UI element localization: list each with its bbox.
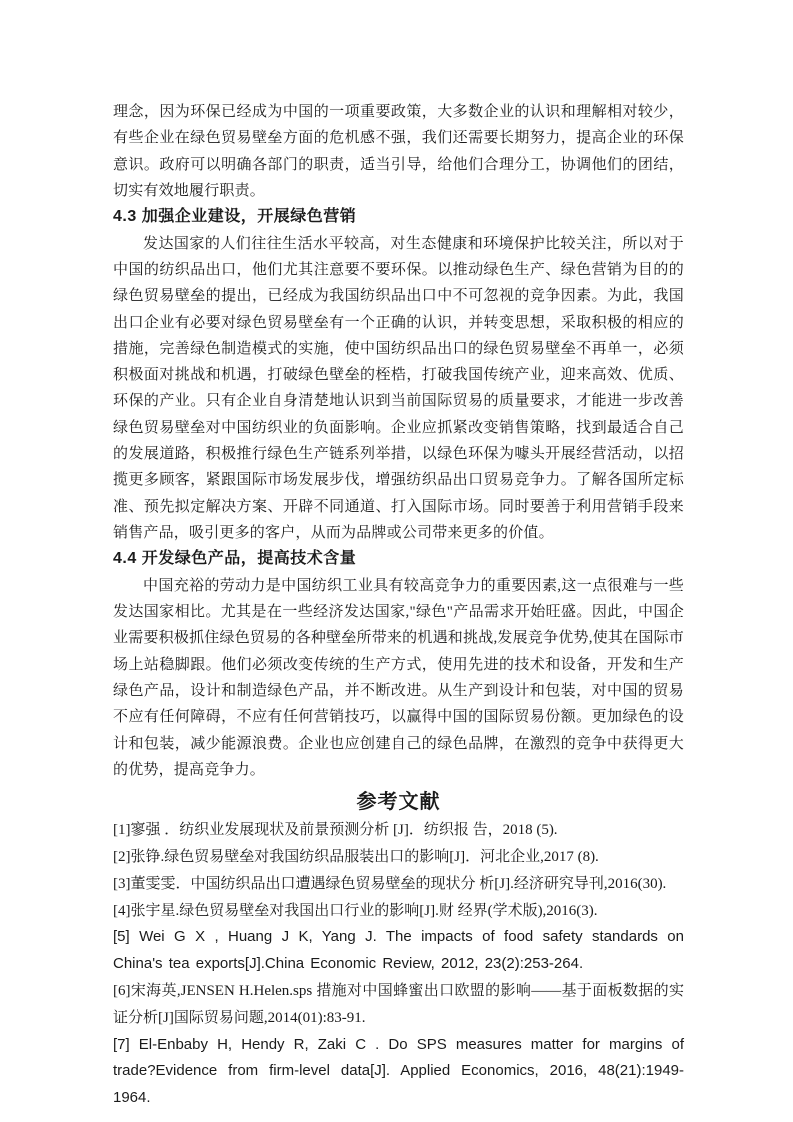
- reference-item: [3]董雯雯．中国纺织品出口遭遇绿色贸易壁垒的现状分 析[J].经济研究导刊,2…: [113, 871, 684, 898]
- references-list: [1]寥强 ．纺织业发展现状及前景预测分析 [J]．纺织报 告，2018 (5)…: [113, 817, 684, 1112]
- section-heading-4-4: 4.4 开发绿色产品，提高技术含量: [113, 546, 684, 573]
- reference-item: [7] El-Enbaby H, Hendy R, Zaki C . Do SP…: [113, 1032, 684, 1112]
- reference-item: [4]张宇星.绿色贸易壁垒对我国出口行业的影响[J].财 经界(学术版),201…: [113, 898, 684, 925]
- paper-page: 理念，因为环保已经成为中国的一项重要政策，大多数企业的认识和理解相对较少，有些企…: [0, 0, 793, 1122]
- reference-item: [6]宋海英,JENSEN H.Helen.sps 措施对中国蜂蜜出口欧盟的影响…: [113, 978, 684, 1032]
- page-content: 理念，因为环保已经成为中国的一项重要政策，大多数企业的认识和理解相对较少，有些企…: [113, 99, 684, 1112]
- paragraph-section-4-4: 中国充裕的劳动力是中国纺织工业具有较高竞争力的重要因素,这一点很难与一些发达国家…: [113, 573, 684, 783]
- reference-item: [2]张铮.绿色贸易壁垒对我国纺织品服装出口的影响[J]．河北企业,2017 (…: [113, 844, 684, 871]
- references-title: 参考文献: [113, 787, 684, 817]
- paragraph-section-4-3: 发达国家的人们往往生活水平较高，对生态健康和环境保护比较关注，所以对于中国的纺织…: [113, 231, 684, 547]
- reference-item: [1]寥强 ．纺织业发展现状及前景预测分析 [J]．纺织报 告，2018 (5)…: [113, 817, 684, 844]
- reference-item: [5] Wei G X , Huang J K, Yang J. The imp…: [113, 924, 684, 978]
- section-heading-4-3: 4.3 加强企业建设，开展绿色营销: [113, 204, 684, 231]
- paragraph-section-4-2-continuation: 理念，因为环保已经成为中国的一项重要政策，大多数企业的认识和理解相对较少，有些企…: [113, 99, 684, 204]
